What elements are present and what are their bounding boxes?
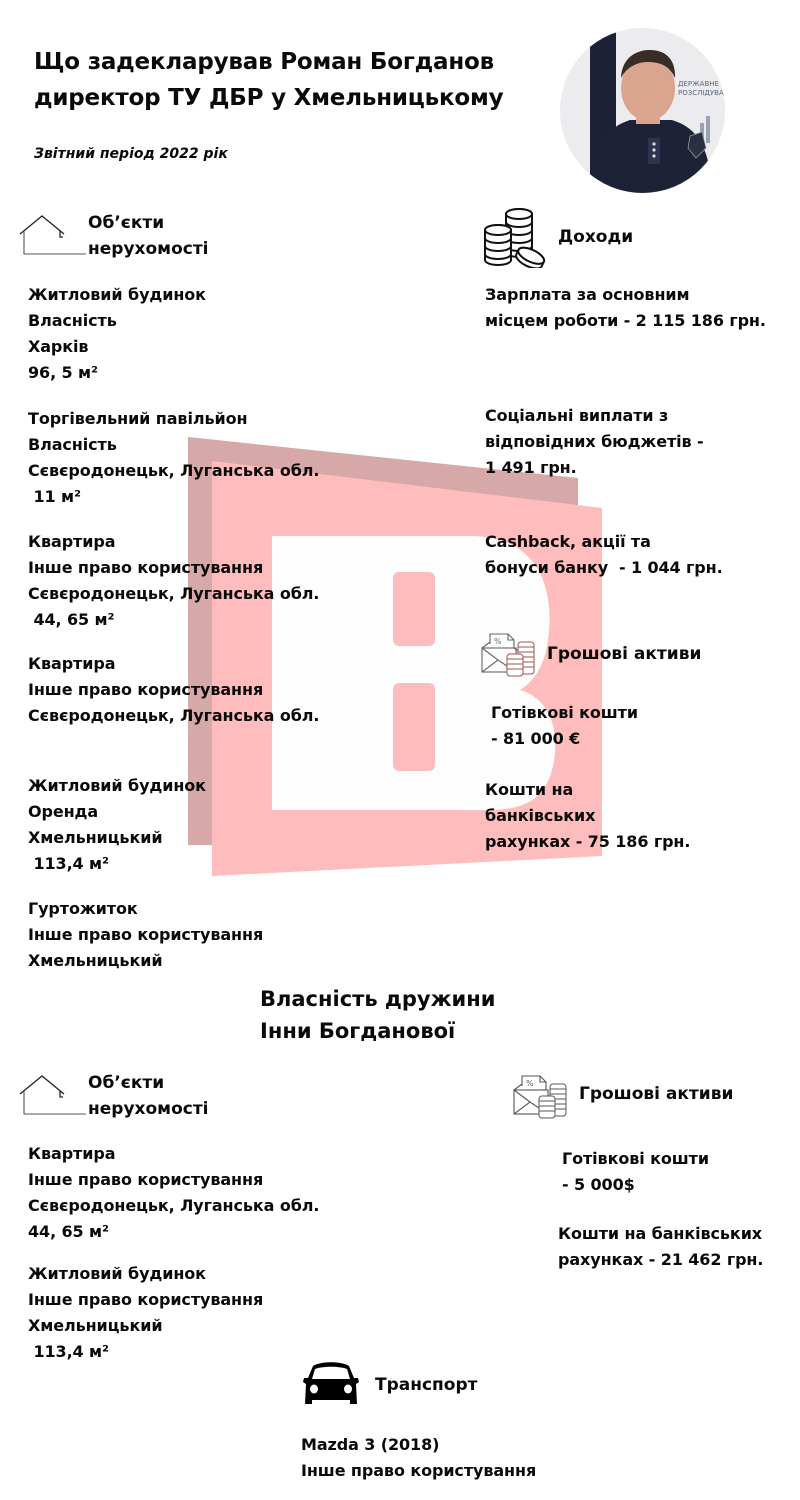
spouse-monetary-assets-heading: Грошові активи: [579, 1081, 733, 1107]
cash-holdings: Готівкові кошти - 81 000 €: [491, 700, 638, 752]
car-icon: [300, 1360, 362, 1408]
declarant-photo: ДЕРЖАВНЕ БЮРО РОЗСЛІДУВАНЬ: [560, 28, 725, 193]
transport-heading: Транспорт: [375, 1372, 478, 1398]
reporting-period: Звітний період 2022 рік: [34, 146, 228, 162]
spouse-cash-holdings: Готівкові кошти - 5 000$: [562, 1146, 709, 1198]
real-estate-heading: Об’єкти нерухомості: [88, 210, 209, 262]
real-estate-item: Гуртожиток Інше право користування Хмель…: [28, 896, 263, 974]
svg-text:ДЕРЖАВНЕ БЮРО: ДЕРЖАВНЕ БЮРО: [678, 80, 725, 88]
income-item: Зарплата за основним місцем роботи - 2 1…: [485, 282, 766, 334]
real-estate-item: Житловий будинок Власність Харків 96, 5 …: [28, 282, 206, 386]
income-item: Cashback, акції та бонуси банку - 1 044 …: [485, 529, 723, 581]
title-line-2: директор ТУ ДБР у Хмельницькому: [34, 80, 554, 116]
spouse-bank-accounts: Кошти на банківських рахунках - 21 462 г…: [558, 1221, 763, 1273]
real-estate-item: Квартира Інше право користування Сєвєрод…: [28, 651, 319, 729]
svg-text:РОЗСЛІДУВАНЬ: РОЗСЛІДУВАНЬ: [678, 89, 725, 97]
real-estate-item: Торгівельний павільйон Власність Сєвєрод…: [28, 406, 319, 510]
envelope-coins-icon: %: [480, 630, 538, 678]
spouse-real-estate-item: Квартира Інше право користування Сєвєрод…: [28, 1141, 319, 1245]
svg-text:%: %: [494, 637, 502, 646]
spouse-section-title: Власність дружини Інни Богданової: [260, 983, 495, 1047]
vehicle-item: Mazda 3 (2018) Інше право користування: [301, 1432, 536, 1484]
income-item: Соціальні виплати з відповідних бюджетів…: [485, 403, 704, 481]
svg-text:%: %: [526, 1079, 534, 1088]
house-icon: [18, 212, 88, 260]
income-heading: Доходи: [558, 224, 633, 250]
bank-accounts: Кошти на банківських рахунках - 75 186 г…: [485, 777, 690, 855]
spouse-real-estate-item: Житловий будинок Інше право користування…: [28, 1261, 263, 1365]
person-photo-icon: ДЕРЖАВНЕ БЮРО РОЗСЛІДУВАНЬ: [560, 28, 725, 193]
real-estate-item: Квартира Інше право користування Сєвєрод…: [28, 529, 319, 633]
coins-icon: [482, 206, 550, 268]
title-line-1: Що задекларував Роман Богданов: [34, 44, 554, 80]
monetary-assets-heading: Грошові активи: [547, 641, 701, 667]
house-icon: [18, 1072, 88, 1120]
envelope-coins-icon: %: [512, 1072, 570, 1120]
page-title: Що задекларував Роман Богданов директор …: [34, 44, 554, 116]
real-estate-item: Житловий будинок Оренда Хмельницький 113…: [28, 773, 206, 877]
spouse-real-estate-heading: Об’єкти нерухомості: [88, 1070, 209, 1122]
